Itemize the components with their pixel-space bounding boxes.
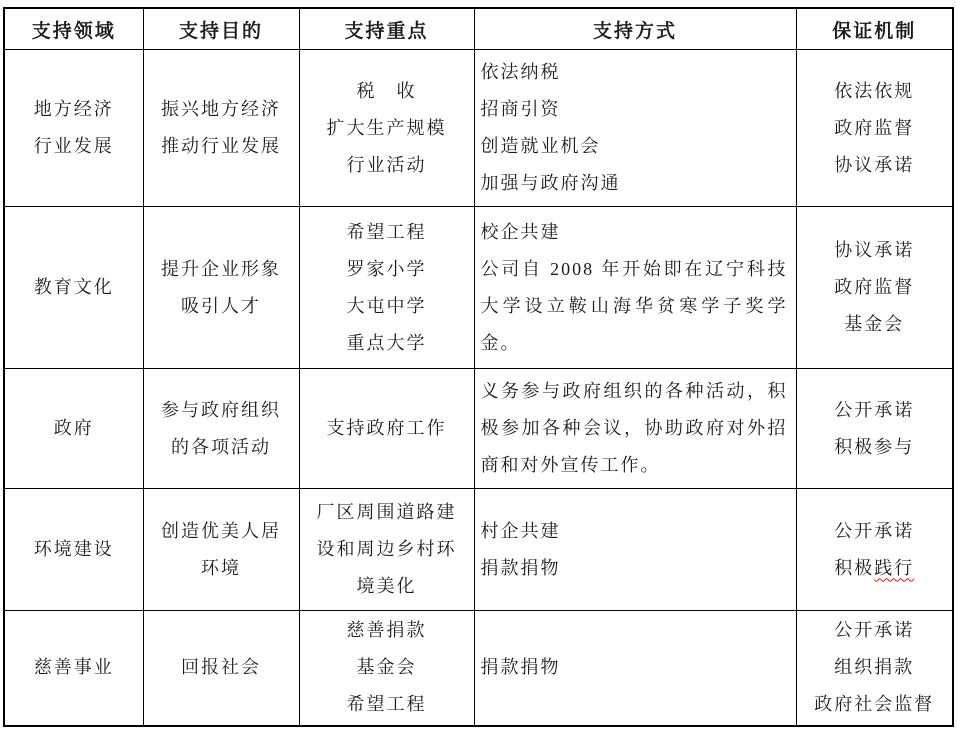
cell-purpose: 回报社会 (143, 611, 299, 726)
text-line: 希望工程 (310, 686, 464, 723)
cell-method: 村企共建 捐款捐物 (474, 489, 796, 611)
text-line: 希望工程 (310, 214, 464, 251)
text-line: 协议承诺 (797, 147, 953, 184)
header-support-focus: 支持重点 (299, 8, 474, 50)
text-line: 组织捐款 (797, 649, 953, 686)
text-line: 地方经济 (5, 91, 143, 128)
text-line: 公开承诺 (797, 392, 953, 429)
cell-method: 义务参与政府组织的各种活动，积极参加各种会议，协助政府对外招商和对外宣传工作。 (474, 369, 796, 489)
text-line: 政府 (5, 410, 143, 447)
text-line: 税 收 (310, 73, 464, 110)
text-paragraph: 义务参与政府组织的各种活动，积极参加各种会议，协助政府对外招商和对外宣传工作。 (481, 373, 788, 484)
text-line: 校企共建 (481, 214, 788, 251)
text-line: 环境建设 (5, 531, 143, 568)
cell-area: 政府 (4, 369, 143, 489)
cell-guarantee: 公开承诺 积极践行 (796, 489, 953, 611)
cell-focus: 希望工程 罗家小学 大屯中学 重点大学 (299, 207, 474, 369)
cell-guarantee: 依法依规 政府监督 协议承诺 (796, 50, 953, 207)
text-line: 行业活动 (310, 147, 464, 184)
text-line: 政府监督 (797, 110, 953, 147)
header-support-purpose: 支持目的 (143, 8, 299, 50)
text-line: 罗家小学 (310, 251, 464, 288)
text-line: 环境 (144, 550, 299, 587)
cell-guarantee: 公开承诺 积极参与 (796, 369, 953, 489)
text-line: 创造就业机会 (481, 128, 788, 165)
table-row-charity: 慈善事业 回报社会 慈善捐款 基金会 希望工程 捐款捐物 公开承诺 组织捐款 政… (4, 611, 953, 726)
text-line: 慈善事业 (5, 649, 143, 686)
text-line: 协议承诺 (797, 232, 953, 269)
cell-guarantee: 公开承诺 组织捐款 政府社会监督 (796, 611, 953, 726)
cell-purpose: 提升企业形象 吸引人才 (143, 207, 299, 369)
text-line: 依法依规 (797, 73, 953, 110)
text-line: 推动行业发展 (144, 128, 299, 165)
text-line: 支持政府工作 (310, 410, 464, 447)
text-line: 教育文化 (5, 269, 143, 306)
text-line: 村企共建 (481, 513, 788, 550)
text-line: 提升企业形象 (144, 251, 299, 288)
cell-focus: 慈善捐款 基金会 希望工程 (299, 611, 474, 726)
text-line: 大屯中学 (310, 288, 464, 325)
cell-area: 地方经济 行业发展 (4, 50, 143, 207)
header-guarantee-mechanism: 保证机制 (796, 8, 953, 50)
table-row-education-culture: 教育文化 提升企业形象 吸引人才 希望工程 罗家小学 大屯中学 重点大学 校企共… (4, 207, 953, 369)
text-line: 重点大学 (310, 325, 464, 362)
cell-focus: 厂区周围道路建设和周边乡村环境美化 (299, 489, 474, 611)
cell-method: 捐款捐物 (474, 611, 796, 726)
text-line: 回报社会 (144, 649, 299, 686)
text-line: 的各项活动 (144, 429, 299, 466)
text-paragraph: 公司自 2008 年开始即在辽宁科技大学设立鞍山海华贫寒学子奖学金。 (481, 251, 788, 362)
cell-method: 校企共建 公司自 2008 年开始即在辽宁科技大学设立鞍山海华贫寒学子奖学金。 (474, 207, 796, 369)
cell-focus: 税 收 扩大生产规模 行业活动 (299, 50, 474, 207)
text-paragraph: 厂区周围道路建设和周边乡村环境美化 (310, 494, 464, 605)
cell-area: 环境建设 (4, 489, 143, 611)
cell-purpose: 创造优美人居 环境 (143, 489, 299, 611)
text-line: 政府社会监督 (797, 686, 953, 723)
support-policy-table: 支持领域 支持目的 支持重点 支持方式 保证机制 地方经济 行业发展 振兴地方经… (3, 7, 954, 727)
text-line: 加强与政府沟通 (481, 165, 788, 202)
cell-purpose: 振兴地方经济 推动行业发展 (143, 50, 299, 207)
cell-area: 教育文化 (4, 207, 143, 369)
cell-method: 依法纳税 招商引资 创造就业机会 加强与政府沟通 (474, 50, 796, 207)
table-row-government: 政府 参与政府组织 的各项活动 支持政府工作 义务参与政府组织的各种活动，积极参… (4, 369, 953, 489)
text-line: 基金会 (310, 649, 464, 686)
cell-area: 慈善事业 (4, 611, 143, 726)
text-line: 公开承诺 (797, 513, 953, 550)
text-line: 基金会 (797, 306, 953, 343)
text-line: 参与政府组织 (144, 392, 299, 429)
cell-purpose: 参与政府组织 的各项活动 (143, 369, 299, 489)
text-line: 创造优美人居 (144, 513, 299, 550)
text-line: 捐款捐物 (481, 550, 788, 587)
text-line: 公开承诺 (797, 612, 953, 649)
text-line: 招商引资 (481, 91, 788, 128)
header-support-method: 支持方式 (474, 8, 796, 50)
cell-focus: 支持政府工作 (299, 369, 474, 489)
header-support-area: 支持领域 (4, 8, 143, 50)
table-row-local-economy: 地方经济 行业发展 振兴地方经济 推动行业发展 税 收 扩大生产规模 行业活动 … (4, 50, 953, 207)
text-line: 吸引人才 (144, 288, 299, 325)
document-page: 支持领域 支持目的 支持重点 支持方式 保证机制 地方经济 行业发展 振兴地方经… (0, 0, 957, 736)
text-line: 慈善捐款 (310, 612, 464, 649)
text-line: 振兴地方经济 (144, 91, 299, 128)
text-line: 扩大生产规模 (310, 110, 464, 147)
text-segment: 积极 (834, 558, 874, 578)
table-row-environment: 环境建设 创造优美人居 环境 厂区周围道路建设和周边乡村环境美化 村企共建 捐款… (4, 489, 953, 611)
text-line: 积极践行 (797, 550, 953, 587)
text-line: 政府监督 (797, 269, 953, 306)
text-line: 行业发展 (5, 128, 143, 165)
table-header-row: 支持领域 支持目的 支持重点 支持方式 保证机制 (4, 8, 953, 50)
text-line: 积极参与 (797, 429, 953, 466)
spellcheck-underlined-text: 践行 (874, 558, 914, 578)
text-line: 捐款捐物 (481, 649, 788, 686)
cell-guarantee: 协议承诺 政府监督 基金会 (796, 207, 953, 369)
text-line: 依法纳税 (481, 54, 788, 91)
